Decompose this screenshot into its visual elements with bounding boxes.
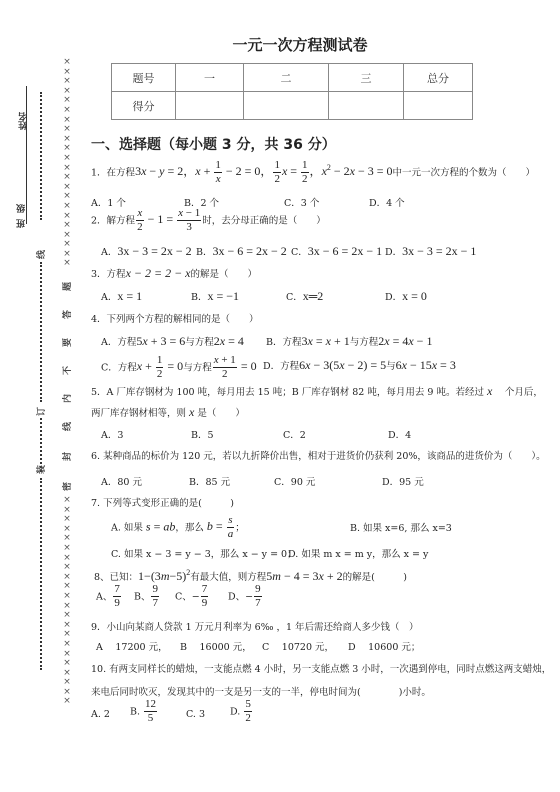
option-a[interactable]: A、79 [96,584,122,609]
question-text: 时，去分母正确的是（ ） [202,215,326,226]
option-a[interactable]: A．x = 1 [101,289,142,304]
question-7: 7. 下列等式变形正确的是( ) [91,495,234,509]
question-text: 的解是（ ） [191,269,258,280]
question-text: 解方程 [107,215,136,226]
score-table-score-row: 得分 [112,92,473,120]
question-10: 10. 有两支同样长的蜡烛，一支能点燃 4 小时，另一支能点燃 3 小时，一次遇… [91,661,551,675]
question-3: 3．方程x − 2 = 2 − x的解是（ ） [91,266,257,281]
option-a[interactable]: A．1 个 [91,195,126,209]
option-a[interactable]: A．3x − 3 = 2x − 2 [101,244,192,259]
option-c[interactable]: C 10720 元， [262,639,334,653]
option-d[interactable]: D．4 个 [369,195,405,209]
score-cell-1[interactable] [176,92,244,120]
seal-char-yao: 要 [60,338,73,347]
binding-dotted-line-3 [40,418,42,472]
score-table-header-cell: 三 [329,64,404,92]
option-b[interactable]: B．x = −1 [191,289,239,304]
binding-dotted-line-4 [40,478,42,670]
option-c[interactable]: C．x═2 [286,289,323,304]
binding-label-line: 线 [34,250,47,259]
seal-char-feng: 封 [60,452,73,461]
binding-label-zhuang: 装 [34,465,47,474]
score-table-header-row: 题号 一 二 三 总分 [112,64,473,92]
question-6: 6. 某种商品的标价为 120 元，若以九折降价出售，相对于进货价仍获利 20%… [91,448,546,462]
section-heading-choice: 一、选择题（每小题 3 分，共 36 分） [91,134,336,154]
option-a[interactable]: A．3 [101,427,123,441]
question-text: 在方程 [107,167,136,178]
binding-label-ding: 订 [34,407,47,416]
binding-dotted-line-2 [40,262,42,402]
option-b[interactable]: B．3x − 6 = 2x − 2 [196,244,287,259]
option-d[interactable]: D．95 元 [382,474,424,488]
option-d[interactable]: D. 52 [230,699,253,724]
option-a[interactable]: A. 2 [91,709,110,720]
seal-char-mi: 密 [60,482,73,491]
score-cell-2[interactable] [244,92,329,120]
option-a[interactable]: A．方程5x + 3 = 6与方程2x = 4 [101,334,244,349]
question-text: 方程 [107,269,126,280]
seal-char-nei: 内 [60,394,73,403]
option-c[interactable]: C. 3 [186,709,205,720]
option-d[interactable]: D 10600 元； [348,639,420,653]
option-d[interactable]: D．4 [388,427,411,441]
binding-dotted-line-1 [40,92,42,220]
option-b[interactable]: B．方程3x = x + 1与方程2x = 4x − 1 [266,334,432,349]
option-c[interactable]: C．3 个 [284,195,319,209]
score-table-header-cell: 一 [176,64,244,92]
seal-char-ti: 题 [60,282,73,291]
equation: x2 − 1 = x − 13 [135,212,202,226]
option-b[interactable]: B. 如果 x=6, 那么 x=3 [350,520,452,534]
question-5: 5．A 厂库存钢材为 100 吨，每月用去 15 吨；B 厂库存钢材 82 吨，… [91,384,543,399]
cross-column-top: ×××××××××××××××××××××× [62,58,72,270]
score-table-header-cell: 题号 [112,64,176,92]
score-table-header-cell: 二 [244,64,329,92]
seal-char-bu: 不 [60,366,73,375]
score-table-header-cell: 总分 [404,64,473,92]
name-label: 姓名 [17,112,30,130]
score-row-label: 得分 [112,92,176,120]
option-d[interactable]: D. 如果 m x = m y，那么 x = y [288,546,428,560]
score-table: 题号 一 二 三 总分 得分 [111,63,473,120]
score-cell-3[interactable] [329,92,404,120]
question-4: 4．下列两个方程的解相同的是（ ） [91,311,259,325]
equation: x − 2 = 2 − x [126,266,191,280]
option-c[interactable]: C．方程x + 12 = 0与方程x + 12 = 0 [101,355,257,380]
question-text: 中一元一次方程的个数为（ ） [393,167,536,178]
option-a[interactable]: A．80 元 [101,474,142,488]
question-text: 下列两个方程的解相同的是（ ） [107,314,259,325]
question-8: 8、已知：1−(3m−5)2有最大值，则方程5m − 4 = 3x + 2的解是… [94,568,407,584]
question-2: 1．2．解方程x2 − 1 = x − 13时，去分母正确的是（ ） [91,208,326,233]
option-b[interactable]: B 16000 元， [180,639,252,653]
option-d[interactable]: D．3x − 3 = 2x − 1 [385,244,476,259]
score-cell-total[interactable] [404,92,473,120]
option-b[interactable]: B．85 元 [189,474,230,488]
option-c[interactable]: C．3x − 6 = 2x − 1 [291,244,382,259]
seal-char-xian: 线 [60,422,73,431]
question-1: 1．在方程3x − y = 2，x + 1x − 2 = 0，12x = 12，… [91,160,535,185]
option-c[interactable]: C．90 元 [274,474,315,488]
option-d[interactable]: D．方程6x − 3(5x − 2) = 5与6x − 15x = 3 [263,358,456,373]
page-title: 一元一次方程测试卷 [0,34,560,55]
option-a[interactable]: A 17200 元， [96,639,168,653]
option-b[interactable]: B、97 [134,584,160,609]
option-b[interactable]: B．5 [191,427,214,441]
question-10-line-2: 来电后同时吹灭，发现其中的一支是另一支的一半，停电时间为( )小时。 [91,684,431,698]
class-label: 班级 [15,198,28,228]
question-number: 1． [91,167,107,178]
option-c[interactable]: C、−79 [175,584,209,609]
option-d[interactable]: D、−97 [228,584,263,609]
option-a[interactable]: A. 如果 s = ab，那么 b = sa； [111,515,245,540]
option-d[interactable]: D．x = 0 [385,289,427,304]
option-c[interactable]: C．2 [283,427,306,441]
seal-char-da: 答 [60,310,73,319]
option-b[interactable]: B. 125 [130,699,158,724]
option-c[interactable]: C. 如果 x − 3 = y − 3，那么 x − y = 0； [111,546,297,560]
question-5-line-2: 两厂库存钢材相等，则 x 是（ ） [91,405,245,420]
question-9: 9．小山向某商人贷款 1 万元月利率为 6‰ ，1 年后需还给商人多少钱（ ） [91,619,419,633]
equation: 3x − y = 2，x + 1x − 2 = 0，12x = 12，x2 − … [135,164,392,178]
cross-column-bottom: ×××××××××××××××××××××× [62,496,72,708]
